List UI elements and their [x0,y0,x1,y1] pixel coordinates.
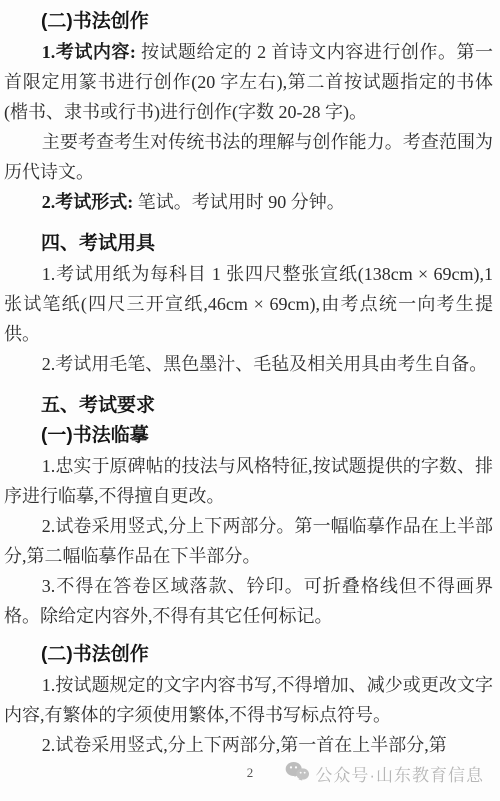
para-exam-format-lead: 2.考试形式: [42,192,134,212]
wechat-icon [285,761,309,786]
para-copying-rule-2: 2.试卷采用竖式,分上下两部分。第一幅临摹作品在上半部分,第二幅临摹作品在下半部… [4,511,493,571]
subheading-calligraphy-creation-rules: (二)书法创作 [4,640,493,670]
heading-exam-tools: 四、考试用具 [4,229,493,259]
para-copying-rule-3: 3.不得在答卷区域落款、钤印。可折叠格线但不得画界格。除给定内容外,不得有其它任… [4,571,493,631]
document-body: (二)书法创作 1.考试内容: 按试题给定的 2 首诗文内容进行创作。第一首限定… [0,0,500,760]
watermark-text: 公众号·山东教育信息 [315,761,484,786]
subheading-calligraphy-creation-intro: (二)书法创作 [4,7,493,37]
para-exam-content-lead: 1.考试内容: [42,42,136,62]
para-exam-content: 1.考试内容: 按试题给定的 2 首诗文内容进行创作。第一首限定用篆书进行创作(… [4,37,493,127]
heading-exam-requirements: 五、考试要求 [4,391,493,421]
para-exam-format: 2.考试形式: 笔试。考试用时 90 分钟。 [4,187,493,217]
watermark: 公众号·山东教育信息 [285,761,484,786]
para-creation-rule-1: 1.按试题规定的文字内容书写,不得增加、减少或更改文字内容,有繁体的字须使用繁体… [4,670,493,730]
document-page: (二)书法创作 1.考试内容: 按试题给定的 2 首诗文内容进行创作。第一首限定… [0,0,500,801]
page-footer: 2 公众号·山东教育信息 [0,761,500,787]
para-exam-supplies: 2.考试用毛笔、黑色墨汁、毛毡及相关用具由考生自备。 [4,349,493,379]
para-creation-rule-2: 2.试卷采用竖式,分上下两部分,第一首在上半部分,第 [4,730,493,760]
para-copying-rule-1: 1.忠实于原碑帖的技法与风格特征,按试题提供的字数、排序进行临摹,不得擅自更改。 [4,451,493,511]
para-exam-paper: 1.考试用纸为每科目 1 张四尺整张宣纸(138cm × 69cm),1 张试笔… [4,259,493,349]
para-exam-format-text: 笔试。考试用时 90 分钟。 [133,192,345,212]
para-exam-scope: 主要考查考生对传统书法的理解与创作能力。考查范围为历代诗文。 [4,127,493,187]
subheading-calligraphy-copying: (一)书法临摹 [4,421,493,451]
